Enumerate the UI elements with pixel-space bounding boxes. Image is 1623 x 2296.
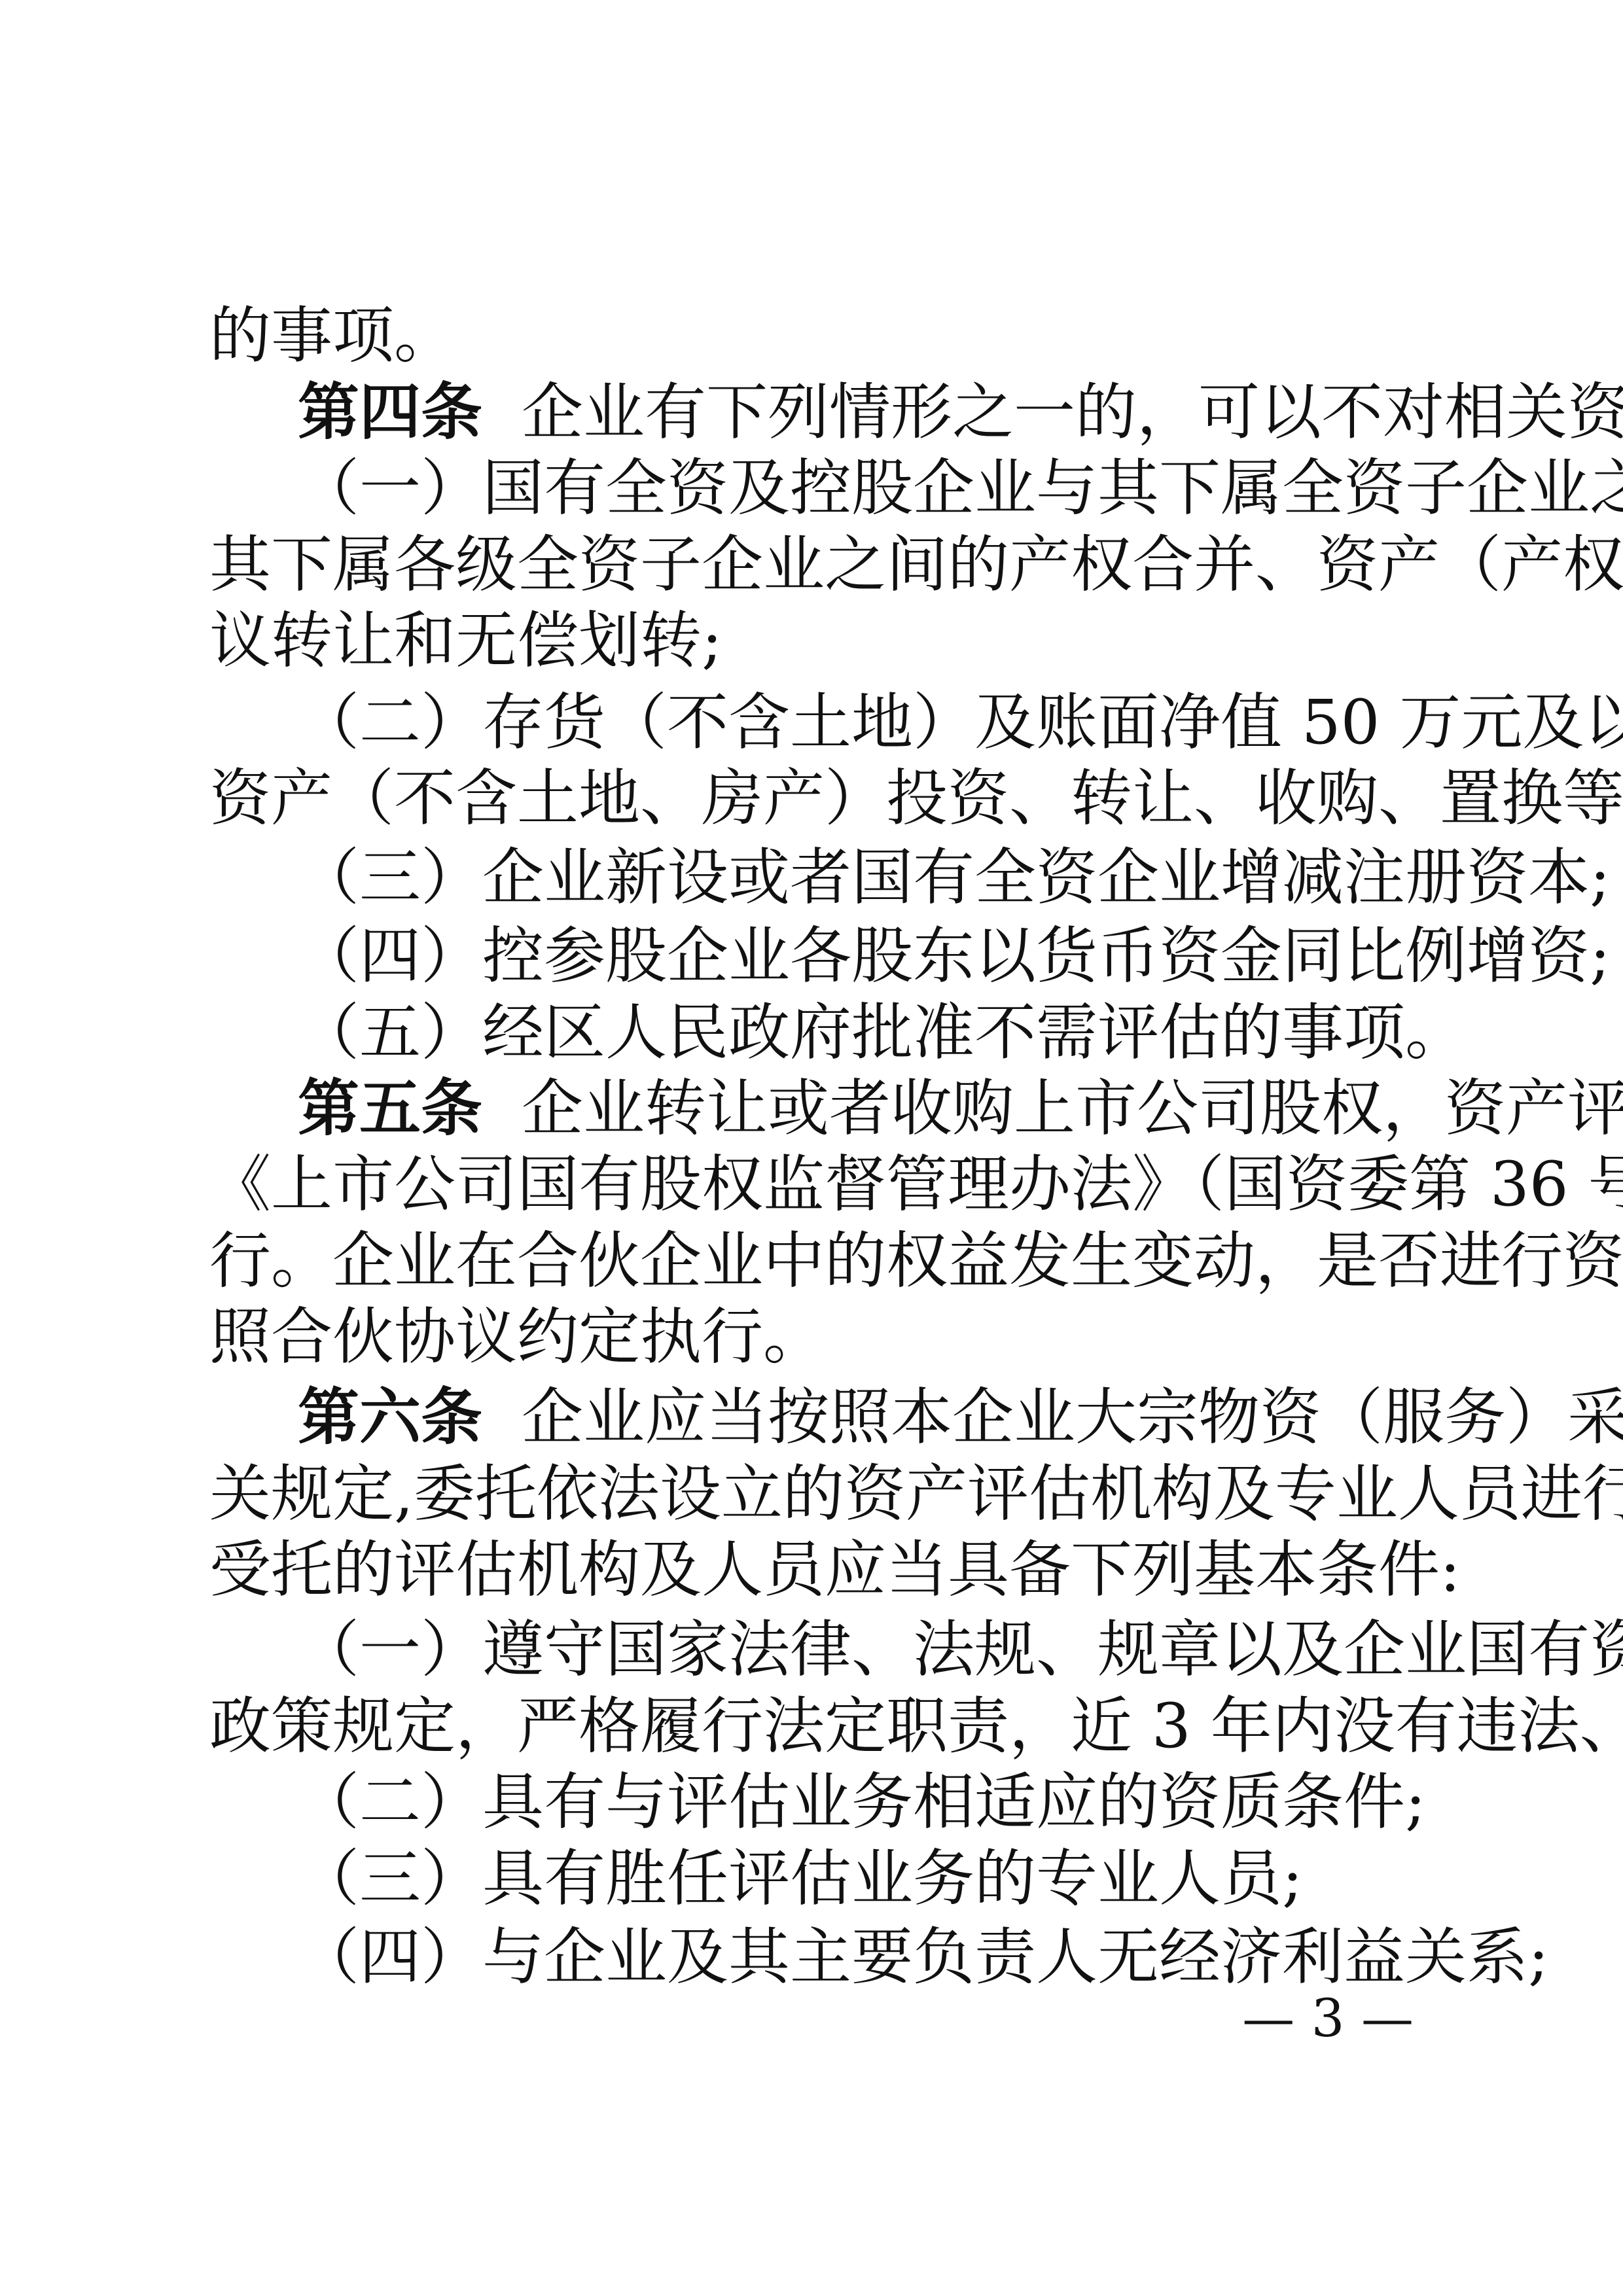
line-text: 企业有下列情形之一的，可以不对相关资产进行评估: <box>522 377 1623 448</box>
text-line: 政策规定，严格履行法定职责，近 3 年内没有违法、违规记录; <box>209 1688 1414 1765</box>
article-5-intro: 第五条企业转让或者收购上市公司股权，资产评估事项按 <box>298 1070 1414 1147</box>
line-text: 行。企业在合伙企业中的权益发生变动，是否进行资产评估可按 <box>209 1226 1623 1297</box>
text-line: （一）国有全资及控股企业与其下属全资子企业之间，或者 <box>298 450 1414 527</box>
article-heading: 第四条 <box>298 377 482 448</box>
line-text: 的事项。 <box>209 300 455 372</box>
line-text: 其下属各级全资子企业之间的产权合并、资产（产权）置换、协 <box>209 529 1623 601</box>
article-4-intro: 第四条企业有下列情形之一的，可以不对相关资产进行评估: <box>298 374 1414 451</box>
line-text: 政策规定，严格履行法定职责，近 3 年内没有违法、违规记录; <box>209 1691 1623 1762</box>
line-text: 资产（不含土地、房产）投资、转让、收购、置换等; <box>209 763 1623 834</box>
line-text: （三）企业新设或者国有全资企业增减注册资本; <box>298 842 1611 913</box>
text-line: 受托的评估机构及人员应当具备下列基本条件: <box>209 1532 1414 1608</box>
article-6-intro: 第六条企业应当按照本企业大宗物资（服务）采购管理有 <box>298 1379 1414 1456</box>
line-text: （四）控参股企业各股东以货币资金同比例增资; <box>298 921 1611 992</box>
line-text: 照合伙协议约定执行。 <box>209 1301 825 1373</box>
line-text: （二）存货（不含土地）及账面净值 50 万元及以下的实物 <box>298 687 1623 758</box>
line-text: 《上市公司国有股权监督管理办法》（国资委第 36 号令）规定执 <box>209 1149 1623 1220</box>
text-line: 《上市公司国有股权监督管理办法》（国资委第 36 号令）规定执 <box>209 1146 1414 1223</box>
line-text: （三）具有胜任评估业务的专业人员; <box>298 1843 1303 1915</box>
text-line: （四）控参股企业各股东以货币资金同比例增资; <box>298 918 1414 995</box>
line-text: （一）遵守国家法律、法规、规章以及企业国有资产评估的 <box>298 1614 1623 1686</box>
line-text: 关规定,委托依法设立的资产评估机构及专业人员进行资产评估。 <box>209 1458 1623 1530</box>
text-line: （二）存货（不含土地）及账面净值 50 万元及以下的实物 <box>298 684 1414 761</box>
text-line: 行。企业在合伙企业中的权益发生变动，是否进行资产评估可按 <box>209 1223 1414 1299</box>
text-line: 照合伙协议约定执行。 <box>209 1299 1414 1375</box>
text-line: 其下属各级全资子企业之间的产权合并、资产（产权）置换、协 <box>209 527 1414 603</box>
article-heading: 第六条 <box>298 1382 482 1453</box>
text-line: 资产（不含土地、房产）投资、转让、收购、置换等; <box>209 760 1414 837</box>
line-text: （一）国有全资及控股企业与其下属全资子企业之间，或者 <box>298 453 1623 524</box>
text-line: 议转让和无偿划转; <box>209 603 1414 679</box>
text-line: （一）遵守国家法律、法规、规章以及企业国有资产评估的 <box>298 1612 1414 1688</box>
text-line: 关规定,委托依法设立的资产评估机构及专业人员进行资产评估。 <box>209 1456 1414 1532</box>
text-line: （三）企业新设或者国有全资企业增减注册资本; <box>298 839 1414 916</box>
article-heading: 第五条 <box>298 1073 482 1144</box>
line-text: （二）具有与评估业务相适应的资质条件; <box>298 1767 1426 1838</box>
text-line: （三）具有胜任评估业务的专业人员; <box>298 1841 1414 1917</box>
document-page: 的事项。 第四条企业有下列情形之一的，可以不对相关资产进行评估: （一）国有全资… <box>0 0 1623 2296</box>
line-text: 议转让和无偿划转; <box>209 605 722 677</box>
page-number: — 3 — <box>1230 1983 1414 2055</box>
text-line: 的事项。 <box>209 298 1414 374</box>
line-text: 企业应当按照本企业大宗物资（服务）采购管理有 <box>522 1382 1623 1453</box>
text-line: （五）经区人民政府批准不需评估的事项。 <box>298 995 1414 1071</box>
line-text: 受托的评估机构及人员应当具备下列基本条件: <box>209 1534 1461 1606</box>
line-text: （五）经区人民政府批准不需评估的事项。 <box>298 997 1467 1069</box>
text-line: （二）具有与评估业务相适应的资质条件; <box>298 1764 1414 1841</box>
line-text: 企业转让或者收购上市公司股权，资产评估事项按 <box>522 1073 1623 1144</box>
